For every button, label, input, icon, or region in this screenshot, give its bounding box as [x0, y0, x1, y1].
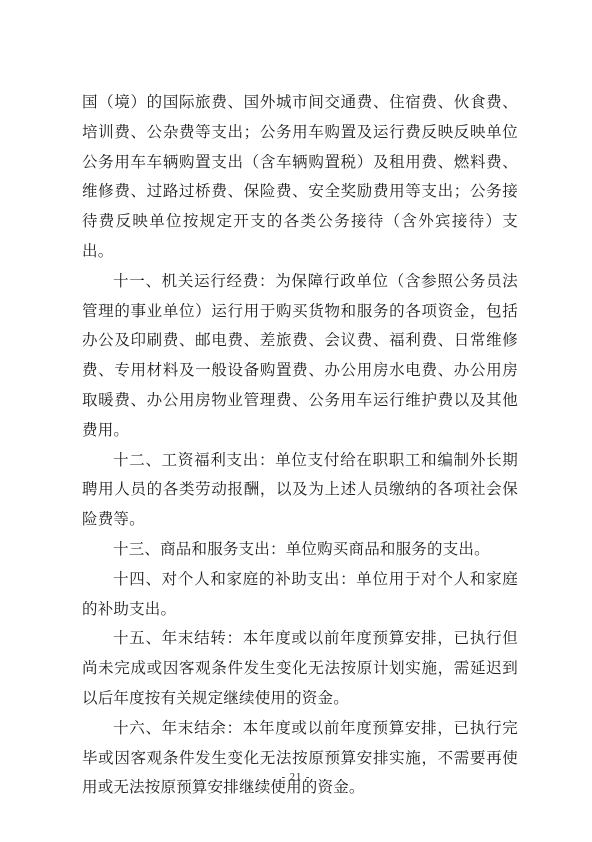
paragraph-11-agency-operating-funds: 十一、机关运行经费：为保障行政单位（含参照公务员法管理的事业单位）运行用于购买货… — [82, 267, 518, 446]
document-page: 国（境）的国际旅费、国外城市间交通费、住宿费、伙食费、培训费、公杂费等支出；公务… — [0, 0, 592, 842]
document-body-text: 国（境）的国际旅费、国外城市间交通费、住宿费、伙食费、培训费、公杂费等支出；公务… — [82, 88, 518, 803]
paragraph-travel-vehicle-reception-expenses: 国（境）的国际旅费、国外城市间交通费、住宿费、伙食费、培训费、公杂费等支出；公务… — [82, 88, 518, 267]
paragraph-13-goods-services-expenditure: 十三、商品和服务支出：单位购买商品和服务的支出。 — [82, 535, 518, 565]
page-number: - 21 - — [0, 772, 592, 783]
paragraph-12-wage-welfare-expenditure: 十二、工资福利支出：单位支付给在职职工和编制外长期聘用人员的各类劳动报酬，以及为… — [82, 446, 518, 535]
paragraph-16-year-end-balance: 十六、年末结余：本年度或以前年度预算安排，已执行完毕或因客观条件发生变化无法按原… — [82, 714, 518, 803]
paragraph-15-year-end-carryover: 十五、年末结转：本年度或以前年度预算安排，已执行但尚未完成或因客观条件发生变化无… — [82, 624, 518, 713]
paragraph-14-individual-family-subsidy: 十四、对个人和家庭的补助支出：单位用于对个人和家庭的补助支出。 — [82, 565, 518, 625]
